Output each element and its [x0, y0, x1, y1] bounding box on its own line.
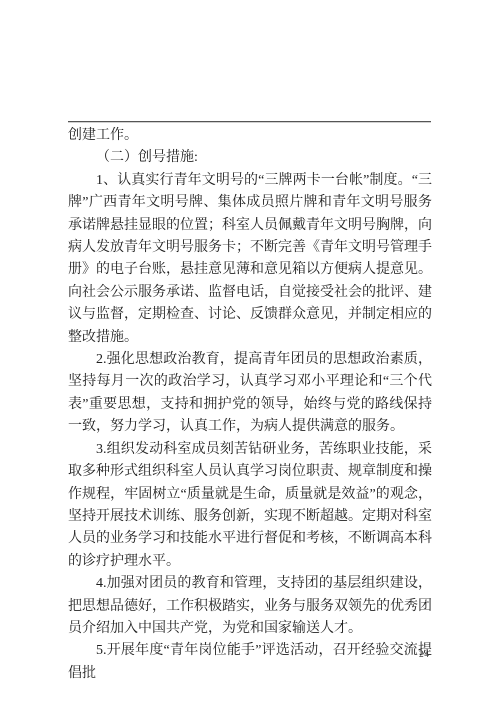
header-rule: [68, 121, 431, 122]
document-page: 创建工作。（二）创号措施:1、认真实行青年文明号的“三牌两卡一台帐”制度。“三牌…: [0, 0, 500, 707]
page-number: 24: [419, 650, 430, 660]
paragraph: 1、认真实行青年文明号的“三牌两卡一台帐”制度。“三牌”广西青年文明号牌、集体成…: [68, 170, 432, 349]
document-body: 创建工作。（二）创号措施:1、认真实行青年文明号的“三牌两卡一台帐”制度。“三牌…: [68, 125, 432, 685]
paragraph: 4.加强对团员的教育和管理，支持团的基层组织建设，把思想品德好，工作积极踏实，业…: [68, 573, 432, 640]
paragraph: 5.开展年度“青年岗位能手”评选活动，召开经验交流提倡批: [68, 640, 432, 685]
paragraph: （二）创号措施:: [68, 147, 432, 169]
paragraph: 2.强化思想政治教育，提高青年团员的思想政治素质，坚持每月一次的政治学习，认真学…: [68, 349, 432, 439]
paragraph: 创建工作。: [68, 125, 432, 147]
paragraph: 3.组织发动科室成员刻苦钻研业务，苦练职业技能，采取多种形式组织科室人员认真学习…: [68, 439, 432, 573]
